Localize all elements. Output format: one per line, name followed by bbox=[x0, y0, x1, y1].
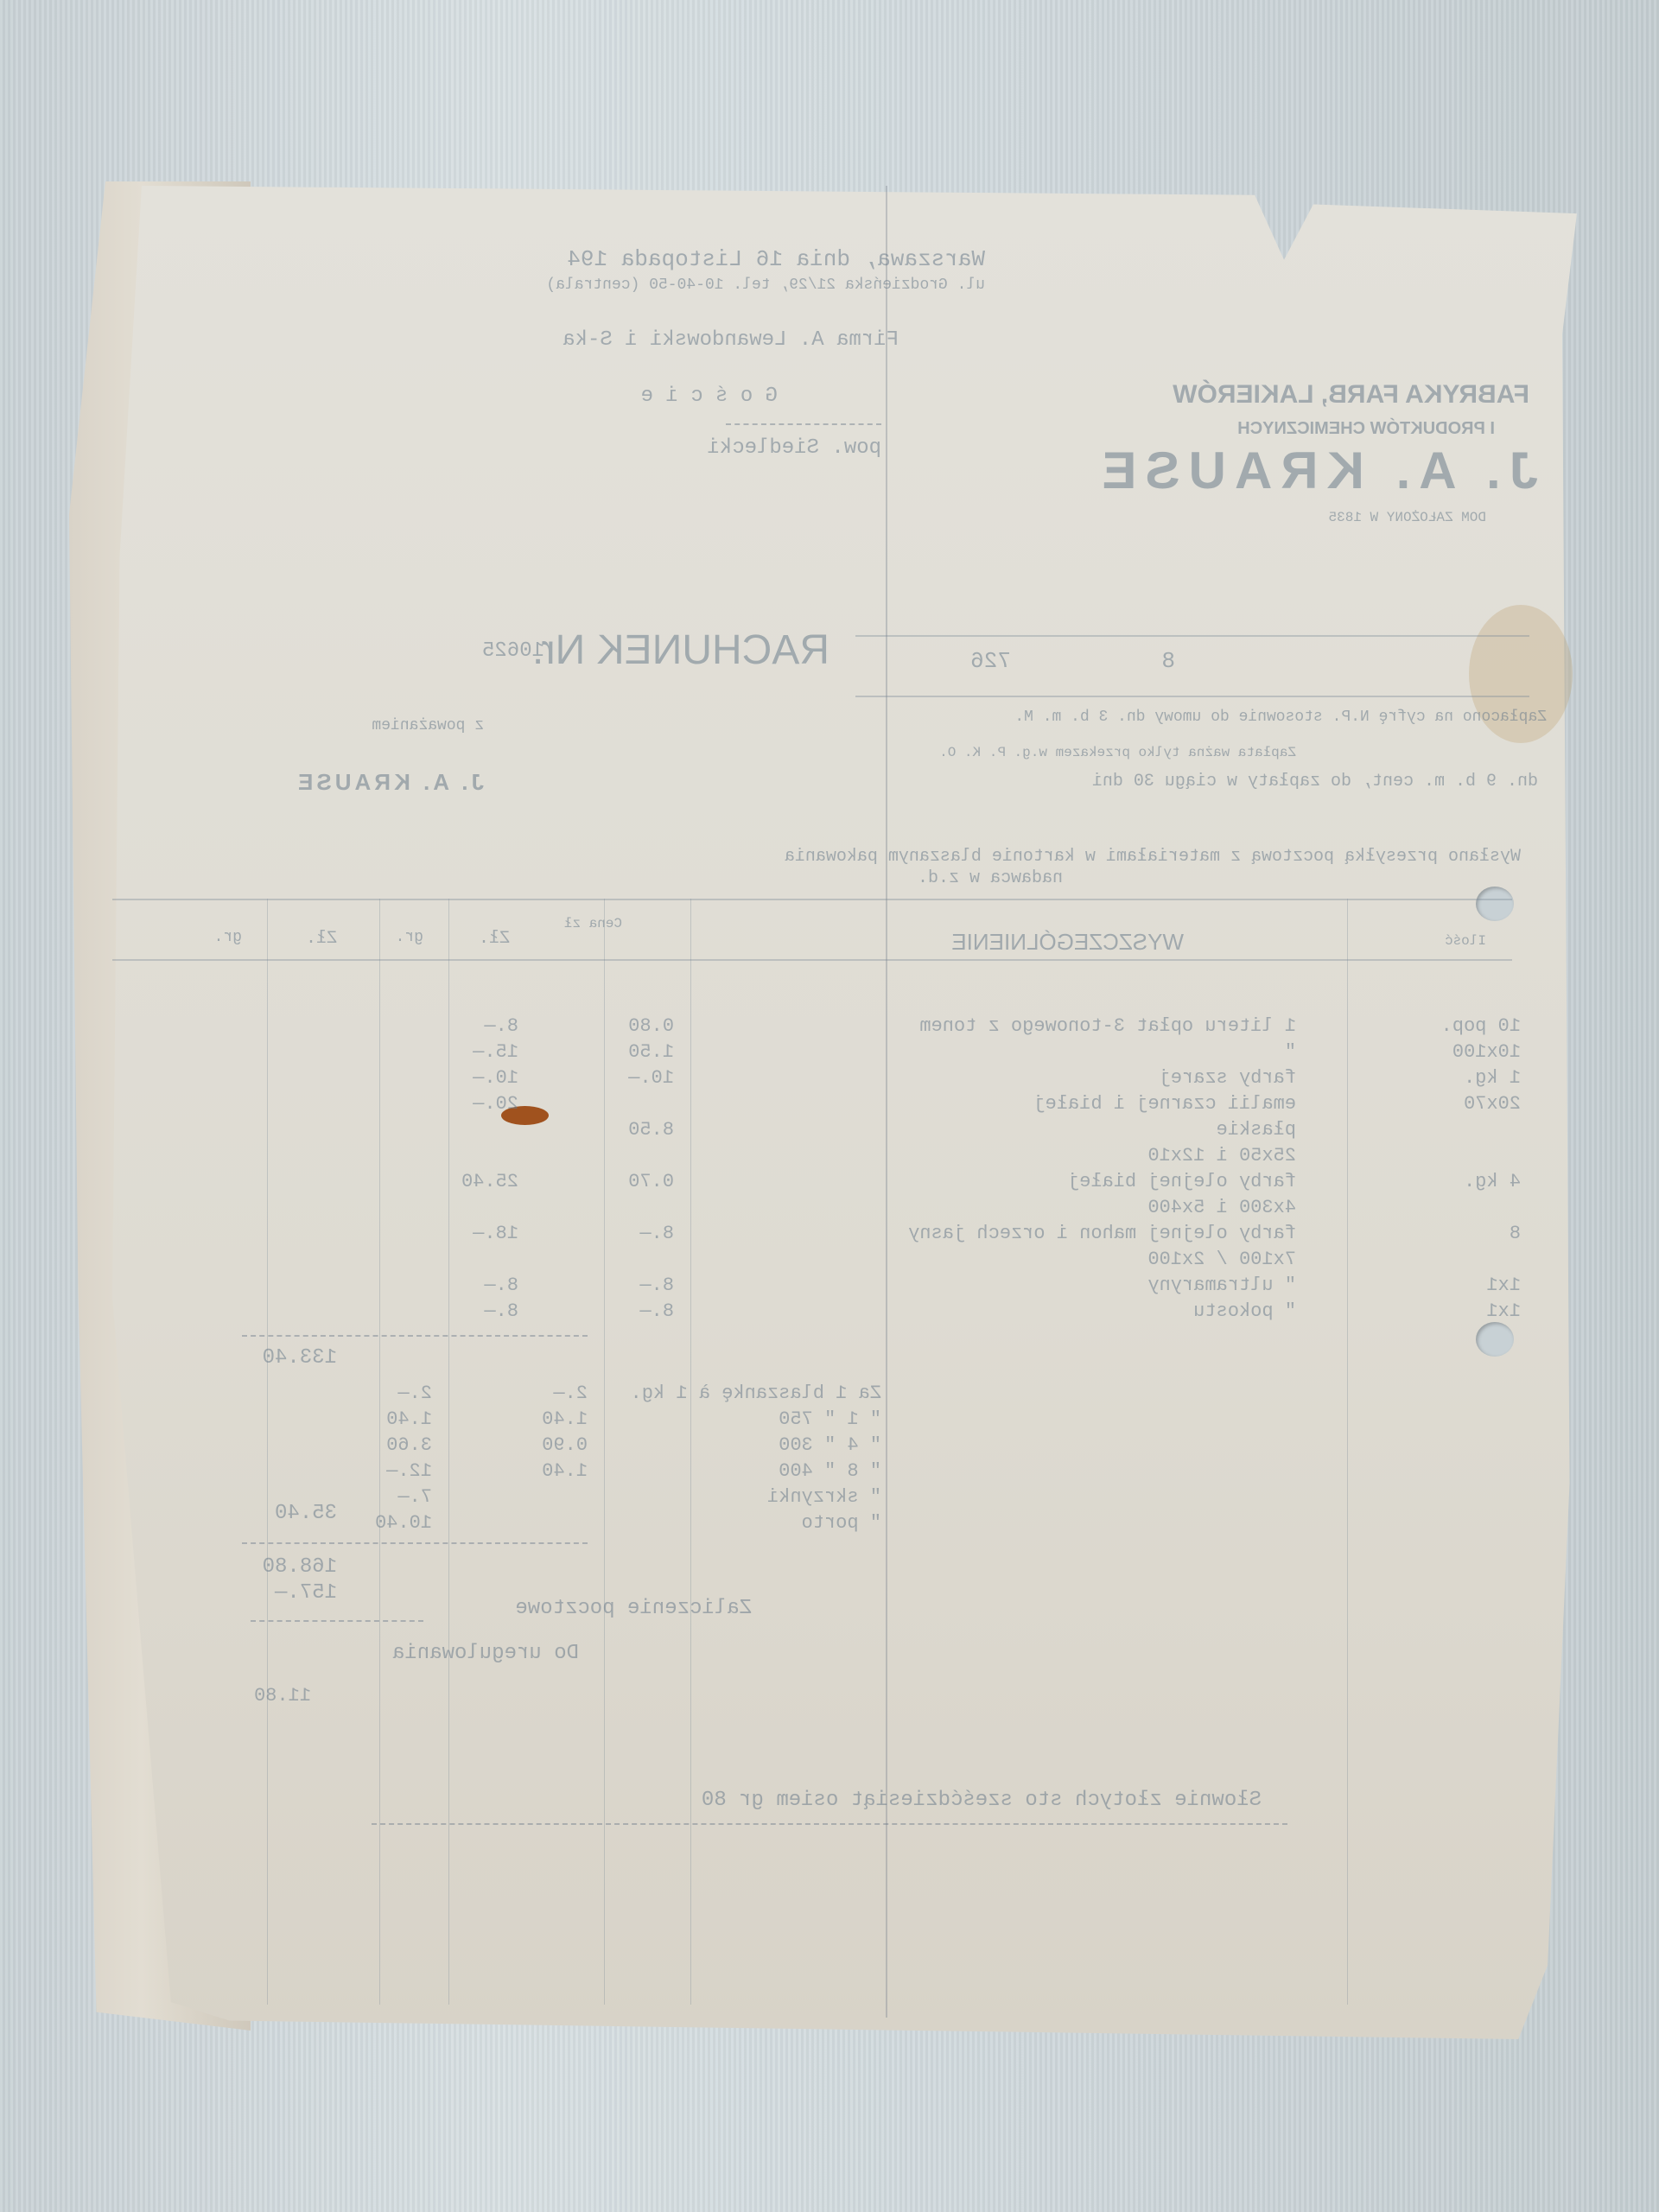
punch-hole bbox=[1476, 1322, 1514, 1357]
fold-line bbox=[886, 186, 887, 2018]
rust-stain bbox=[501, 1106, 549, 1125]
water-stain bbox=[1469, 605, 1573, 743]
invoice-sheet bbox=[112, 186, 1577, 2039]
punch-hole bbox=[1476, 887, 1514, 921]
